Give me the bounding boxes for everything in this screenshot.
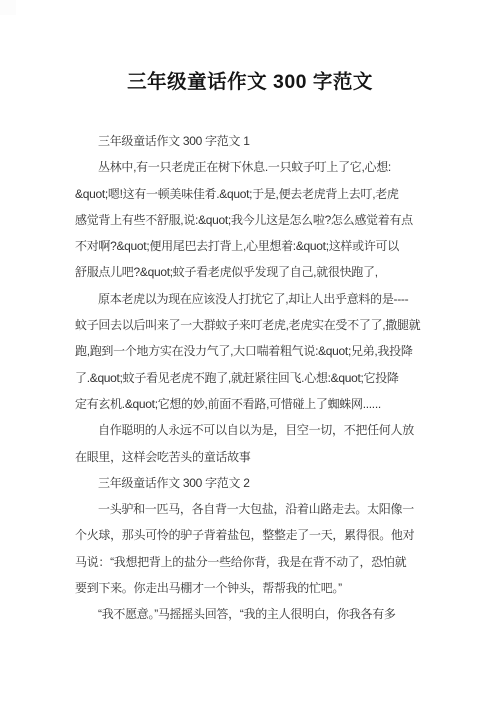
text-line: 定有玄机.&quot;它想的妙,前面不看路,可惜碰上了蜘蛛网......	[75, 391, 435, 417]
document-title: 三年级童话作文 300 字范文	[0, 68, 500, 96]
text-line: 个火球，那头可怜的驴子背着盐包，整整走了一天，累得很。他对	[75, 522, 435, 548]
corner-artifact	[0, 0, 16, 15]
text-line: 三年级童话作文 300 字范文 1	[75, 128, 435, 154]
text-line: 不对啊?&quot;便用尾巴去打背上,心里想着:&quot;这样或许可以	[75, 233, 435, 259]
text-line: 丛林中,有一只老虎正在树下休息.一只蚊子叮上了它,心想:	[75, 154, 435, 180]
text-line: &quot;嗯!这有一顿美味佳肴.&quot;于是,便去老虎背上去叮,老虎	[75, 181, 435, 207]
text-line: 在眼里，这样会吃苦头的童话故事	[75, 444, 435, 470]
text-line: 要到下来。你走出马棚才一个钟头，帮帮我的忙吧。”	[75, 575, 435, 601]
text-line: 自作聪明的人永远不可以自以为是，目空一切，不把任何人放	[75, 417, 435, 443]
text-line: 跑,跑到一个地方实在没力气了,大口喘着粗气说:&quot;兄弟,我投降	[75, 338, 435, 364]
text-line: 感觉背上有些不舒服,说:&quot;我今儿这是怎么啦?怎么感觉着有点	[75, 207, 435, 233]
text-line: 三年级童话作文 300 字范文 2	[75, 470, 435, 496]
document-body: 三年级童话作文 300 字范文 1丛林中,有一只老虎正在树下休息.一只蚊子叮上了…	[75, 128, 435, 628]
document-page: 三年级童话作文 300 字范文 三年级童话作文 300 字范文 1丛林中,有一只…	[0, 0, 500, 708]
text-line: 原本老虎以为现在应该没人打扰它了,却让人出乎意料的是----	[75, 286, 435, 312]
text-line: 了.&quot;蚊子看见老虎不跑了,就赶紧往回飞.心想:&quot;它投降	[75, 365, 435, 391]
text-line: 舒服点儿吧?&quot;蚊子看老虎似乎发现了自己,就很快跑了,	[75, 259, 435, 285]
text-line: 一头驴和一匹马，各自背一大包盐，沿着山路走去。太阳像一	[75, 496, 435, 522]
text-line: “我不愿意。”马摇摇头回答，“我的主人很明白，你我各有多	[75, 601, 435, 627]
text-line: 蚊子回去以后叫来了一大群蚊子来叮老虎,老虎实在受不了了,撒腿就	[75, 312, 435, 338]
text-line: 马说：“我想把背上的盐分一些给你背，我是在背不动了，恐怕就	[75, 549, 435, 575]
